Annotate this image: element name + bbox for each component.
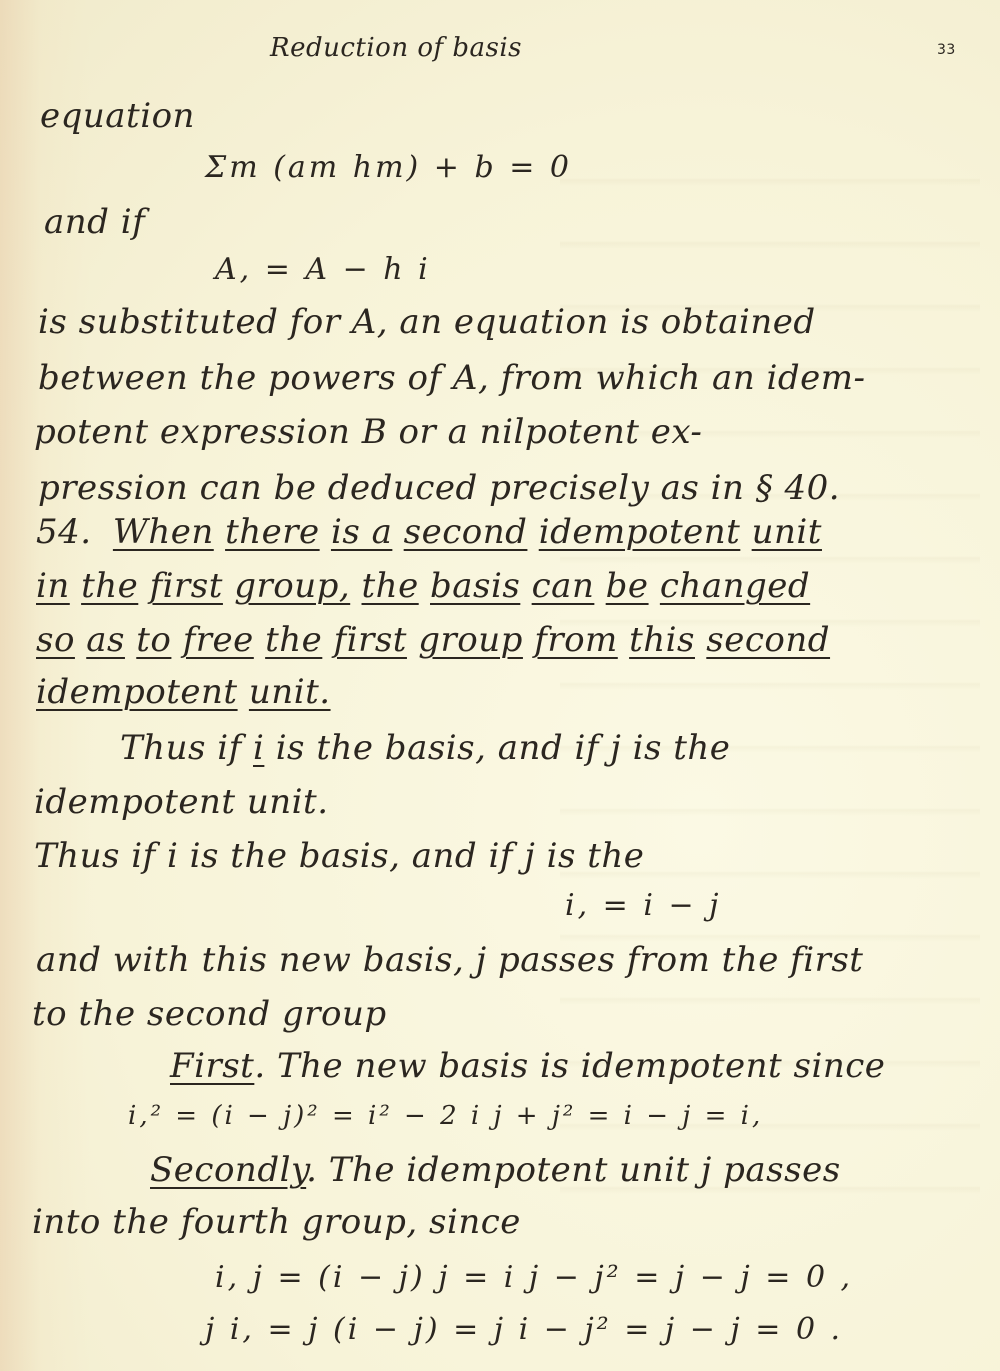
underlined-word: group,	[234, 566, 350, 606]
underlined-word: be	[606, 566, 649, 606]
underlined-word: group	[418, 620, 523, 660]
underlined-word: the	[81, 566, 138, 606]
underlined-word: idempotent	[36, 672, 238, 712]
underlined-word: to	[136, 620, 171, 660]
equation-product-2: j i, = j (i − j) = j i − j² = j − j = 0 …	[205, 1310, 843, 1350]
underlined-word: unit	[752, 512, 822, 552]
text-line: Secondly. The idempotent unit j passes	[150, 1150, 841, 1190]
equation-substitution: A, = A − h i	[215, 250, 431, 290]
underlined-symbol: i	[253, 728, 264, 768]
underlined-word: is a	[331, 512, 392, 552]
section-54-line-3: so as to free the first group from this …	[36, 620, 830, 660]
underlined-word: first	[334, 620, 407, 660]
underlined-word: as	[86, 620, 125, 660]
text-line: equation	[40, 96, 195, 136]
text-line: potent expression B or a nilpotent ex-	[34, 412, 702, 452]
underlined-word: first	[150, 566, 223, 606]
text-line: idempotent unit.	[34, 782, 329, 822]
underlined-word: from	[534, 620, 618, 660]
section-54-line-2: in the first group, the basis can be cha…	[36, 566, 810, 606]
section-number: 54.	[36, 512, 92, 552]
underlined-word: can	[532, 566, 595, 606]
underlined-word: there	[225, 512, 320, 552]
underlined-label: Secondly	[150, 1150, 306, 1190]
underlined-word: When	[113, 512, 214, 552]
text-line: to the second group	[32, 994, 387, 1034]
equation-sum: Σm (am hm) + b = 0	[205, 148, 572, 188]
underlined-word: unit.	[249, 672, 331, 712]
underlined-word: the	[362, 566, 419, 606]
underlined-word: this	[629, 620, 695, 660]
page-number: 33	[937, 30, 956, 70]
equation-product-1: i, j = (i − j) j = i j − j² = j − j = 0 …	[215, 1258, 853, 1298]
underlined-word: in	[36, 566, 70, 606]
underlined-word: the	[265, 620, 322, 660]
underlined-word: free	[183, 620, 254, 660]
underlined-word: basis	[430, 566, 520, 606]
section-54-line-4: idempotent unit.	[36, 672, 331, 712]
underlined-label: First	[170, 1046, 254, 1086]
text-line: is substituted for A, an equation is obt…	[38, 302, 816, 342]
text-line: and if	[44, 202, 145, 242]
equation-idempotent: i,² = (i − j)² = i² − 2 i j + j² = i − j…	[128, 1096, 763, 1136]
text-line: Thus if i is the basis, and if j is the	[120, 728, 730, 768]
text-line: between the powers of A, from which an i…	[38, 358, 866, 398]
text-line: into the fourth group, since	[32, 1202, 521, 1242]
page-header-title: Reduction of basis	[270, 28, 522, 68]
underlined-word: so	[36, 620, 75, 660]
underlined-word: second	[404, 512, 528, 552]
underlined-word: changed	[660, 566, 810, 606]
underlined-word: idempotent	[539, 512, 741, 552]
text-line: pression can be deduced precisely as in …	[38, 468, 840, 508]
underlined-word: second	[706, 620, 830, 660]
text-line: and with this new basis, j passes from t…	[36, 940, 863, 980]
section-54-line-1: 54. When there is a second idempotent un…	[36, 512, 822, 552]
text-line: Thus if i is the basis, and if j is the	[34, 836, 644, 876]
text-line: First. The new basis is idempotent since	[170, 1046, 885, 1086]
manuscript-page: Reduction of basis 33 equation Σm (am hm…	[0, 0, 1000, 1371]
equation-new-basis: i, = i − j	[565, 886, 721, 926]
